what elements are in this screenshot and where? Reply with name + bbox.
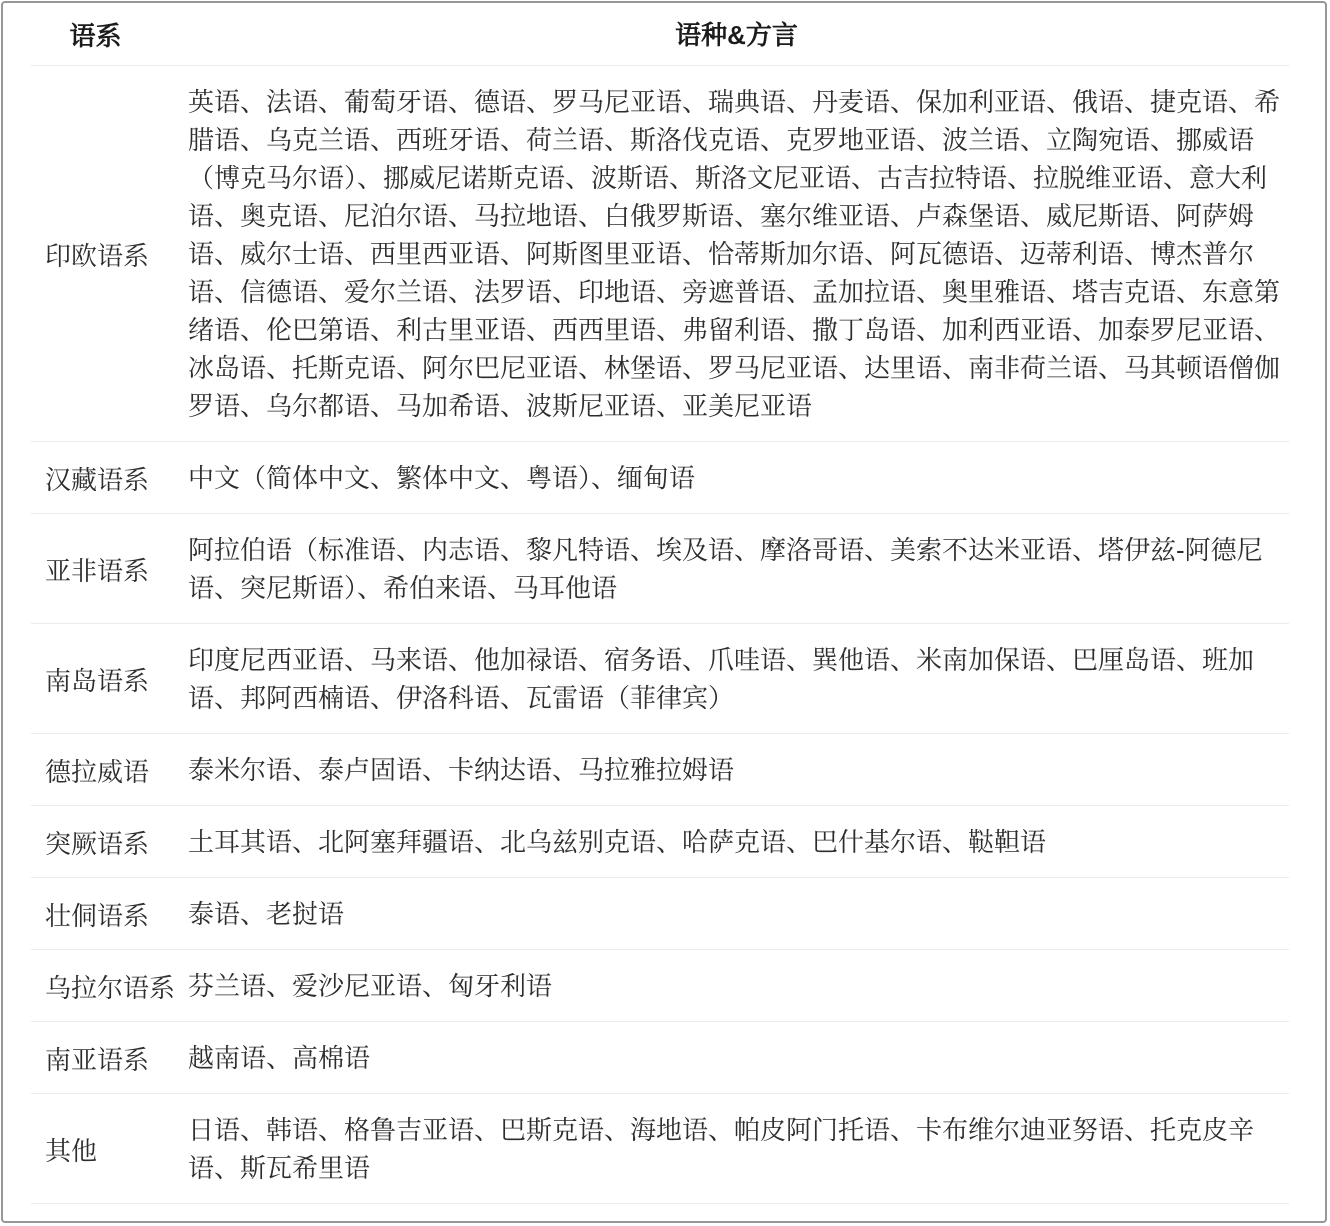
family-label: 其他: [3, 1094, 188, 1204]
family-label: 南岛语系: [3, 624, 188, 734]
languages-text: 阿拉伯语（标准语、内志语、黎凡特语、埃及语、摩洛哥语、美索不达米亚语、塔伊兹-阿…: [188, 514, 1325, 624]
header-languages-column: 语种&方言: [188, 3, 1325, 66]
languages-text: 芬兰语、爱沙尼亚语、匈牙利语: [188, 950, 1325, 1022]
languages-text: 泰米尔语、泰卢固语、卡纳达语、马拉雅拉姆语: [188, 734, 1325, 806]
languages-text: 泰语、老挝语: [188, 878, 1325, 950]
family-label: 壮侗语系: [3, 878, 188, 950]
table-row-dravidian: 德拉威语 泰米尔语、泰卢固语、卡纳达语、马拉雅拉姆语: [3, 734, 1325, 806]
table-row-sino-tibetan: 汉藏语系 中文（简体中文、繁体中文、粤语）、缅甸语: [3, 442, 1325, 514]
family-label: 南亚语系: [3, 1022, 188, 1094]
languages-text: 印度尼西亚语、马来语、他加禄语、宿务语、爪哇语、巽他语、米南加保语、巴厘岛语、班…: [188, 624, 1325, 734]
header-family-column: 语系: [3, 3, 188, 66]
languages-text: 英语、法语、葡萄牙语、德语、罗马尼亚语、瑞典语、丹麦语、保加利亚语、俄语、捷克语…: [188, 66, 1325, 442]
languages-text: 越南语、高棉语: [188, 1022, 1325, 1094]
table-row-austroasiatic: 南亚语系 越南语、高棉语: [3, 1022, 1325, 1094]
family-label: 突厥语系: [3, 806, 188, 878]
languages-text: 土耳其语、北阿塞拜疆语、北乌兹别克语、哈萨克语、巴什基尔语、鞑靼语: [188, 806, 1325, 878]
family-label: 印欧语系: [3, 66, 188, 442]
table-row-indo-european: 印欧语系 英语、法语、葡萄牙语、德语、罗马尼亚语、瑞典语、丹麦语、保加利亚语、俄…: [3, 66, 1325, 442]
table-row-austronesian: 南岛语系 印度尼西亚语、马来语、他加禄语、宿务语、爪哇语、巽他语、米南加保语、巴…: [3, 624, 1325, 734]
family-label: 汉藏语系: [3, 442, 188, 514]
table-row-afro-asiatic: 亚非语系 阿拉伯语（标准语、内志语、黎凡特语、埃及语、摩洛哥语、美索不达米亚语、…: [3, 514, 1325, 624]
table-row-uralic: 乌拉尔语系 芬兰语、爱沙尼亚语、匈牙利语: [3, 950, 1325, 1022]
family-label: 亚非语系: [3, 514, 188, 624]
languages-text: 日语、韩语、格鲁吉亚语、巴斯克语、海地语、帕皮阿门托语、卡布维尔迪亚努语、托克皮…: [188, 1094, 1325, 1204]
family-label: 乌拉尔语系: [3, 950, 188, 1022]
languages-text: 中文（简体中文、繁体中文、粤语）、缅甸语: [188, 442, 1325, 514]
table-header-row: 语系 语种&方言: [3, 3, 1325, 66]
language-family-table: 语系 语种&方言 印欧语系 英语、法语、葡萄牙语、德语、罗马尼亚语、瑞典语、丹麦…: [1, 1, 1327, 1223]
table-row-turkic: 突厥语系 土耳其语、北阿塞拜疆语、北乌兹别克语、哈萨克语、巴什基尔语、鞑靼语: [3, 806, 1325, 878]
family-label: 德拉威语: [3, 734, 188, 806]
table-row-other: 其他 日语、韩语、格鲁吉亚语、巴斯克语、海地语、帕皮阿门托语、卡布维尔迪亚努语、…: [3, 1094, 1325, 1204]
table-row-kra-dai: 壮侗语系 泰语、老挝语: [3, 878, 1325, 950]
